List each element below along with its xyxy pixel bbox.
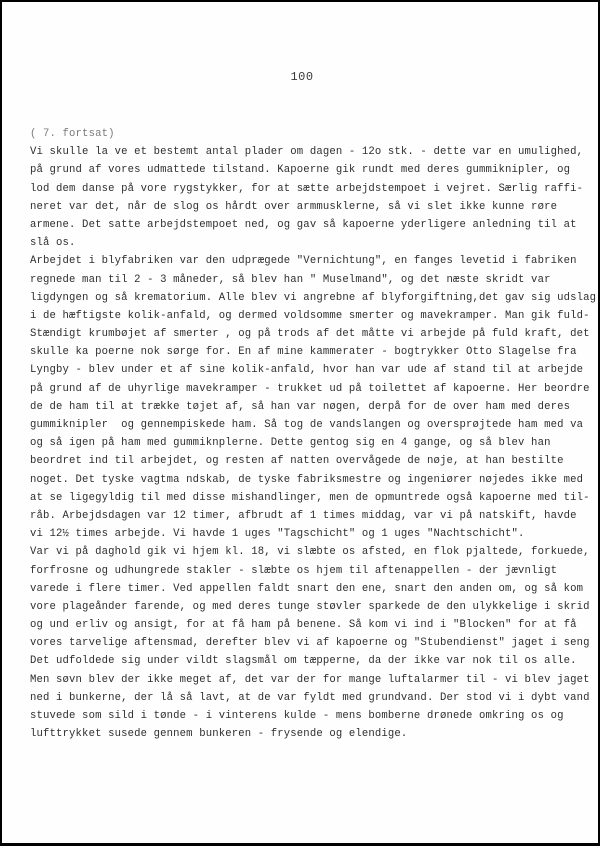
text-line: armene. Det satte arbejdstempoet ned, og… — [30, 216, 600, 234]
text-line: lod dem danse på vore rygstykker, for at… — [30, 180, 600, 198]
text-line: vi 12½ times arbejde. Vi havde 1 uges "T… — [30, 525, 600, 543]
typewritten-body: ( 7. fortsat)Vi skulle la ve et bestemt … — [30, 125, 600, 743]
text-line: skulle ka poerne nok sørge for. En af mi… — [30, 343, 600, 361]
text-line: noget. Det tyske vagtma ndskab, de tyske… — [30, 471, 600, 489]
text-line: Lyngby - blev under et af sine kolik-anf… — [30, 361, 600, 379]
text-line: Stændigt krumbøjet af smerter , og på tr… — [30, 325, 600, 343]
text-line: Det udfoldede sig under vildt slagsmål o… — [30, 652, 600, 670]
text-line: forfrosne og udhungrede stakler - slæbte… — [30, 562, 600, 580]
text-line: stuvede som sild i tønde - i vinterens k… — [30, 707, 600, 725]
text-line: regnede man til 2 - 3 måneder, så blev h… — [30, 271, 600, 289]
section-continuation-heading: ( 7. fortsat) — [30, 125, 600, 143]
text-line: Men søvn blev der ikke meget af, det var… — [30, 671, 600, 689]
text-line: vores tarvelige aftensmad, derefter blev… — [30, 634, 600, 652]
text-line: beordret ind til arbejdet, og resten af … — [30, 452, 600, 470]
text-line: Vi skulle la ve et bestemt antal plader … — [30, 143, 600, 161]
text-line: vore plageånder farende, og med deres tu… — [30, 598, 600, 616]
text-line: de de ham til at trække tøjet af, så han… — [30, 398, 600, 416]
text-line: neret var det, når de slog os hårdt over… — [30, 198, 600, 216]
page-number: 100 — [2, 70, 600, 84]
text-line: lufttrykket susede gennem bunkeren - fry… — [30, 725, 600, 743]
text-line: Arbejdet i blyfabriken var den udprægede… — [30, 252, 600, 270]
text-line: og så igen på ham med gummiknplerne. Det… — [30, 434, 600, 452]
text-line: på grund af vores udmattede tilstand. Ka… — [30, 161, 600, 179]
text-line: og und erliv og ansigt, for at få ham på… — [30, 616, 600, 634]
text-line: gummiknipler og gennempiskede ham. Så to… — [30, 416, 600, 434]
text-line: slå os. — [30, 234, 600, 252]
text-line: i de hæftigste kolik-anfald, og dermed v… — [30, 307, 600, 325]
text-line: råb. Arbejdsdagen var 12 timer, afbrudt … — [30, 507, 600, 525]
text-line: på grund af de uhyrlige mavekramper - tr… — [30, 380, 600, 398]
text-line: Var vi på daghold gik vi hjem kl. 18, vi… — [30, 543, 600, 561]
document-page: 100 ( 7. fortsat)Vi skulle la ve et best… — [0, 0, 600, 846]
text-line: at se ligegyldig til med disse mishandli… — [30, 489, 600, 507]
text-line: varede i flere timer. Ved appellen faldt… — [30, 580, 600, 598]
text-line: ligdyngen og så krematorium. Alle blev v… — [30, 289, 600, 307]
text-line: ned i bunkerne, der lå så lavt, at de va… — [30, 689, 600, 707]
